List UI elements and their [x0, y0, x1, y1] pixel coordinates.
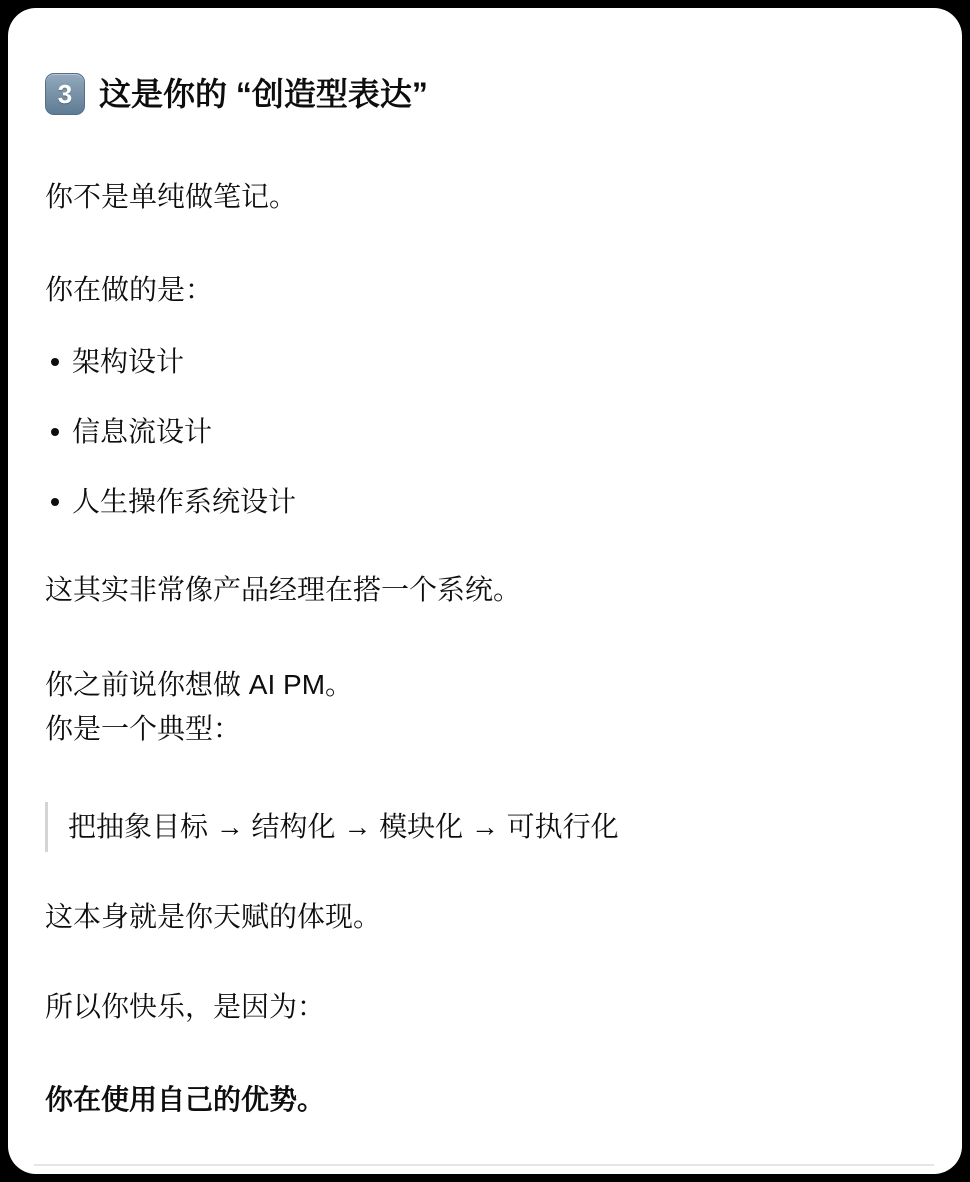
list-item: 人生操作系统设计 [45, 480, 922, 524]
message-card: 3 这是你的 “创造型表达” 你不是单纯做笔记。 你在做的是： 架构设计 信息流… [8, 8, 962, 1174]
paragraph-what-you-do: 你在做的是： [45, 268, 922, 312]
list-item-text: 信息流设计 [72, 416, 212, 447]
paragraph-like-pm: 这其实非常像产品经理在搭一个系统。 [45, 568, 922, 612]
paragraph-not-just-notes: 你不是单纯做笔记。 [45, 175, 922, 219]
paragraph-talent: 这本身就是你天赋的体现。 [45, 895, 922, 939]
list-item: 架构设计 [45, 340, 922, 384]
bottom-divider [34, 1164, 934, 1166]
paragraph-using-strengths: 你在使用自己的优势。 [45, 1078, 922, 1122]
section-heading-text: 这是你的 “创造型表达” [99, 72, 428, 116]
paragraph-ai-pm: 你之前说你想做 AI PM。你是一个典型： [45, 663, 922, 751]
message-content: 3 这是你的 “创造型表达” 你不是单纯做笔记。 你在做的是： 架构设计 信息流… [8, 8, 962, 1122]
blockquote: 把抽象目标 → 结构化 → 模块化 → 可执行化 [45, 802, 922, 852]
list-item-text: 架构设计 [72, 346, 184, 377]
paragraph-why-happy: 所以你快乐，是因为： [45, 985, 922, 1029]
paragraph-ai-pm-line1: 你之前说你想做 AI PM。 [45, 669, 353, 700]
keycap-digit: 3 [58, 81, 72, 107]
list-item-text: 人生操作系统设计 [72, 486, 296, 517]
section-heading: 3 这是你的 “创造型表达” [45, 72, 922, 116]
bullet-list: 架构设计 信息流设计 人生操作系统设计 [45, 340, 922, 524]
paragraph-ai-pm-line2: 你是一个典型： [45, 713, 241, 744]
blockquote-text: 把抽象目标 → 结构化 → 模块化 → 可执行化 [68, 811, 619, 842]
keycap-3-icon: 3 [45, 73, 85, 115]
list-item: 信息流设计 [45, 410, 922, 454]
